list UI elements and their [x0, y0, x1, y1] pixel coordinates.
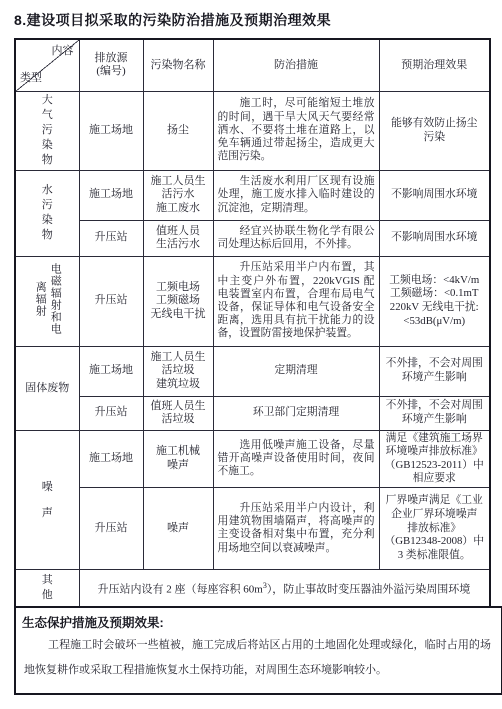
measure-cell: 环卫部门定期清理 [213, 396, 379, 430]
pollutant-cell: 值班人员生活垃圾 [143, 396, 213, 430]
header-pollutant: 污染物名称 [143, 39, 213, 91]
header-effect: 预期治理效果 [379, 39, 490, 91]
source-cell: 升压站 [79, 256, 143, 346]
pollutant-cell: 施工人员生活垃圾 建筑垃圾 [143, 346, 213, 396]
page-title: 8.建设项目拟采取的污染防治措施及预期治理效果 [14, 10, 489, 30]
table-row: 电磁辐射和电离辐射 升压站 工频电场 工频磁场 无线电干扰 升压站采用半户内布置… [15, 256, 490, 346]
pollutant-cell: 施工机械 噪声 [143, 430, 213, 487]
other-content-cell: 升压站内设有 2 座（每座容积 60m3），防止事故时变压器油外溢污染周围环境 [79, 569, 490, 607]
category-cell-noise: 噪 声 [15, 430, 79, 569]
measure-cell: 施工时，尽可能缩短土堆放的时间，遇干旱大风天气要经常洒水、不要将土堆在道路上，以… [213, 91, 379, 170]
table-header-row: 内容 类型 排放源 (编号) 污染物名称 防治措施 预期治理效果 [15, 39, 490, 91]
header-corner-type-label: 类型 [20, 72, 42, 86]
eco-section-heading: 生态保护措施及预期效果: [22, 613, 493, 631]
measure-cell: 升压站采用半户内设计，利用建筑物围墙隔声，将高噪声的主变设备相对集中布置，充分利… [213, 487, 379, 569]
measure-cell: 升压站采用半户内布置，其中主变户外布置，220kVGIS 配电装置室内布置，合理… [213, 256, 379, 346]
table-row: 升压站 值班人员 生活污水 经宜兴协联生物化学有限公司处理达标后回用，不外排。 … [15, 220, 490, 256]
source-cell: 施工场地 [79, 170, 143, 220]
effect-cell: 不影响周围水环境 [379, 170, 490, 220]
measure-cell: 经宜兴协联生物化学有限公司处理达标后回用，不外排。 [213, 220, 379, 256]
table-row: 升压站 噪声 升压站采用半户内设计，利用建筑物围墙隔声，将高噪声的主变设备相对集… [15, 487, 490, 569]
table-row: 升压站 值班人员生活垃圾 环卫部门定期清理 不外排，不会对周围 环境产生影响 [15, 396, 490, 430]
table-row: 水 污 染 物 施工场地 施工人员生活污水 施工废水 生活废水利用厂区现有设施处… [15, 170, 490, 220]
category-cell-solid-waste: 固体废物 [15, 346, 79, 430]
measure-cell: 选用低噪声施工设备，尽量错开高噪声设备使用时间，夜间不施工。 [213, 430, 379, 487]
category-cell-air: 大 气 污 染 物 [15, 91, 79, 170]
document-page: 8.建设项目拟采取的污染防治措施及预期治理效果 内容 类型 排放源 (编号) 污… [0, 0, 502, 695]
header-measure: 防治措施 [213, 39, 379, 91]
table-row: 其 他 升压站内设有 2 座（每座容积 60m3），防止事故时变压器油外溢污染周… [15, 569, 490, 607]
eco-section-paragraph: 工程施工时会破坏一些植被，施工完成后将站区占用的土地固化处理或绿化，临时占用的场… [22, 633, 493, 683]
pollutant-cell: 扬尘 [143, 91, 213, 170]
effect-cell: 满足《建筑施工场界 环境噪声排放标准》 （GB12523-2011）中 相应要求 [379, 430, 490, 487]
header-corner-cell: 内容 类型 [15, 39, 79, 91]
table-row: 噪 声 施工场地 施工机械 噪声 选用低噪声施工设备，尽量错开高噪声设备使用时间… [15, 430, 490, 487]
effect-cell: 不外排，不会对周围 环境产生影响 [379, 396, 490, 430]
header-source: 排放源 (编号) [79, 39, 143, 91]
table-row: 固体废物 施工场地 施工人员生活垃圾 建筑垃圾 定期清理 不外排，不会对周围 环… [15, 346, 490, 396]
pollutant-cell: 噪声 [143, 487, 213, 569]
source-cell: 升压站 [79, 396, 143, 430]
effect-cell: 工频电场：<4kV/m 工频磁场：<0.1mT 220kV 无线电干扰: <53… [379, 256, 490, 346]
source-cell: 施工场地 [79, 91, 143, 170]
pollutant-cell: 值班人员 生活污水 [143, 220, 213, 256]
pollution-measures-table: 内容 类型 排放源 (编号) 污染物名称 防治措施 预期治理效果 大 气 污 染… [14, 38, 491, 608]
category-cell-water: 水 污 染 物 [15, 170, 79, 256]
source-cell: 施工场地 [79, 346, 143, 396]
effect-cell: 不外排，不会对周围 环境产生影响 [379, 346, 490, 396]
measure-cell: 定期清理 [213, 346, 379, 396]
measure-cell: 生活废水利用厂区现有设施处理，施工废水排入临时建设的沉淀池，定期清理。 [213, 170, 379, 220]
effect-cell: 不影响周围水环境 [379, 220, 490, 256]
source-cell: 施工场地 [79, 430, 143, 487]
effect-cell: 能够有效防止扬尘 污染 [379, 91, 490, 170]
header-corner-content-label: 内容 [52, 45, 74, 59]
pollutant-cell: 工频电场 工频磁场 无线电干扰 [143, 256, 213, 346]
source-cell: 升压站 [79, 220, 143, 256]
category-cell-other: 其 他 [15, 569, 79, 607]
source-cell: 升压站 [79, 487, 143, 569]
other-text-before: 升压站内设有 2 座（每座容积 60m [98, 584, 263, 596]
eco-protection-section: 生态保护措施及预期效果: 工程施工时会破坏一些植被，施工完成后将站区占用的土地固… [14, 606, 502, 695]
category-cell-radiation: 电磁辐射和电离辐射 [15, 256, 79, 346]
pollutant-cell: 施工人员生活污水 施工废水 [143, 170, 213, 220]
table-row: 大 气 污 染 物 施工场地 扬尘 施工时，尽可能缩短土堆放的时间，遇干旱大风天… [15, 91, 490, 170]
effect-cell: 厂界噪声满足《工业 企业厂界环境噪声 排放标准》 （GB12348-2008）中… [379, 487, 490, 569]
other-text-after: ），防止事故时变压器油外溢污染周围环境 [267, 584, 471, 596]
